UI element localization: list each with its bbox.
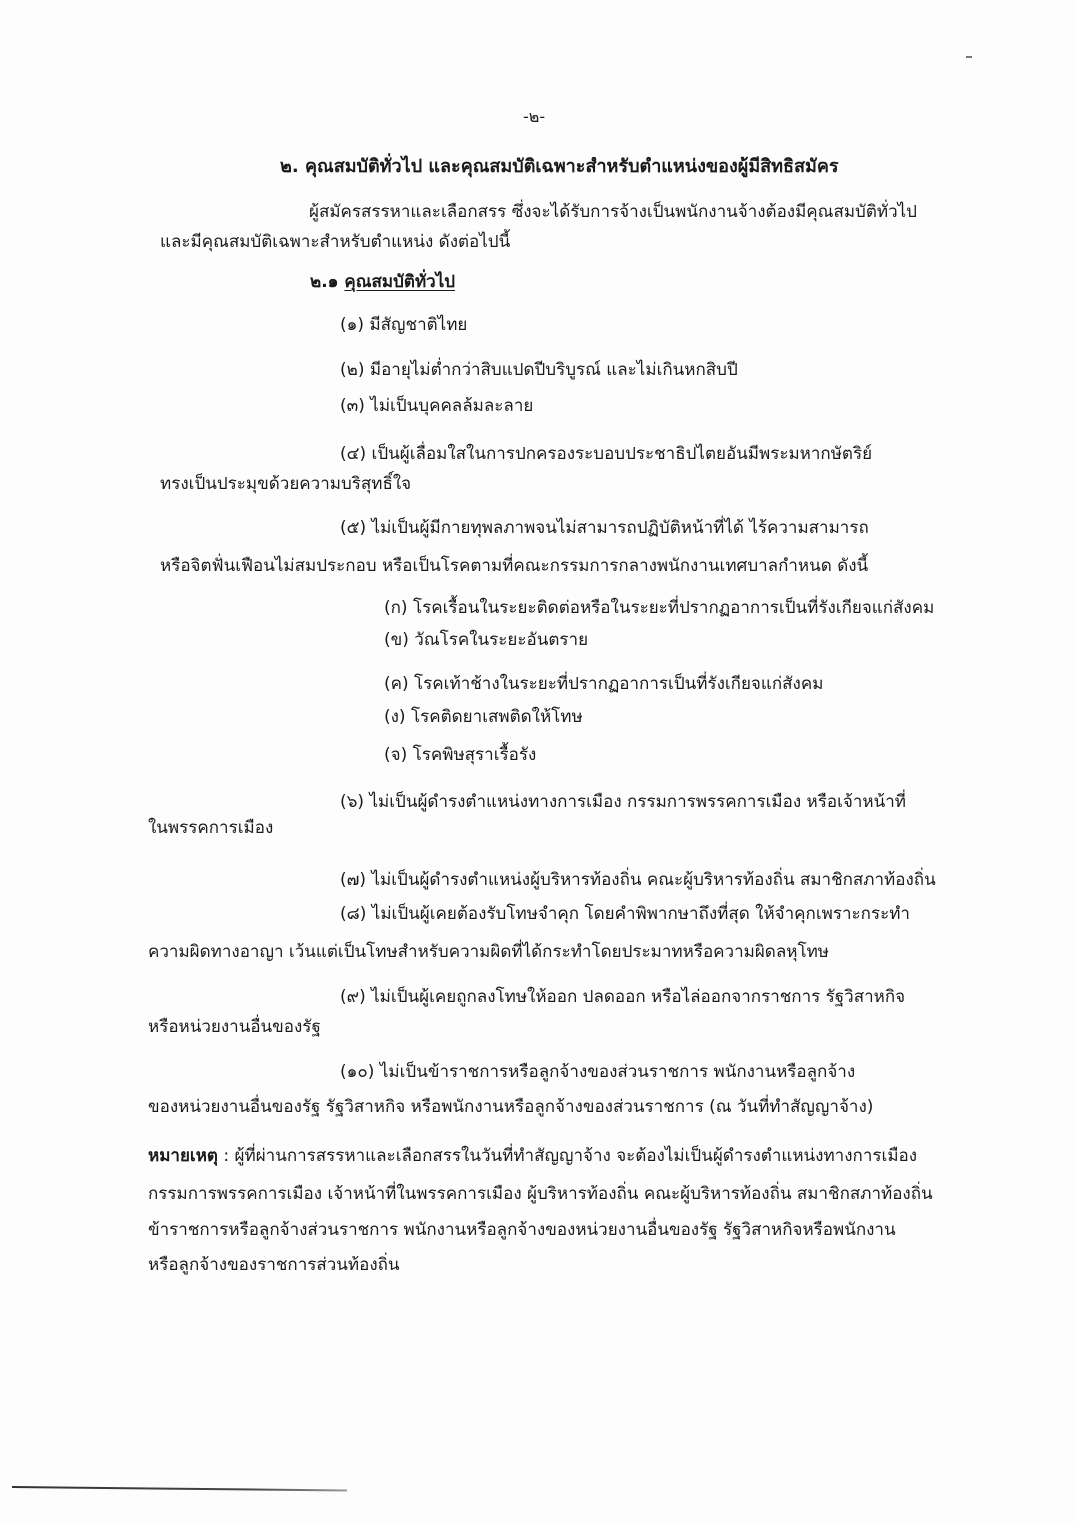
- item-text: ไม่เป็นผู้มีกายทุพลภาพจนไม่สามารถปฏิบัติ…: [372, 518, 869, 538]
- subsection-heading: ๒.๑ คุณสมบัติทั่วไป: [310, 270, 455, 294]
- item-label: (๓): [340, 396, 365, 416]
- sub-item: (ก) โรคเรื้อนในระยะติดต่อหรือในระยะที่ปร…: [384, 596, 934, 620]
- item-label: (๗): [340, 870, 366, 890]
- intro-line-1: ผู้สมัครสรรหาและเลือกสรร ซึ่งจะได้รับการ…: [309, 200, 917, 224]
- item-label: (๘): [340, 904, 366, 924]
- subsection-number: ๒.๑: [310, 272, 338, 292]
- page-number: -๒-: [523, 106, 545, 128]
- item-text: ไม่เป็นผู้เคยถูกลงโทษให้ออก ปลดออก หรือไ…: [371, 987, 905, 1007]
- note-line-1: หมายเหตุ : ผู้ที่ผ่านการสรรหาและเลือกสรร…: [148, 1144, 917, 1168]
- item-label: (๒): [340, 360, 364, 380]
- item-continuation: ความผิดทางอาญา เว้นแต่เป็นโทษสำหรับความผ…: [148, 940, 829, 964]
- note-line-3: ข้าราชการหรือลูกจ้างส่วนราชการ พนักงานหร…: [148, 1218, 896, 1242]
- item-text: ไม่เป็นข้าราชการหรือลูกจ้างของส่วนราชการ…: [380, 1062, 855, 1082]
- item-continuation: ของหน่วยงานอื่นของรัฐ รัฐวิสาหกิจ หรือพน…: [148, 1095, 873, 1119]
- list-item: (๗) ไม่เป็นผู้ดำรงตำแหน่งผู้บริหารท้องถิ…: [340, 868, 936, 892]
- list-item: (๙) ไม่เป็นผู้เคยถูกลงโทษให้ออก ปลดออก ห…: [340, 985, 905, 1009]
- item-label: (๖): [340, 792, 364, 812]
- note-label: หมายเหตุ: [148, 1146, 218, 1166]
- item-label: (๑๐): [340, 1062, 374, 1082]
- list-item: (๑) มีสัญชาติไทย: [340, 313, 467, 337]
- list-item: (๓) ไม่เป็นบุคคลล้มละลาย: [340, 394, 533, 418]
- item-label: (๙): [340, 987, 366, 1007]
- note-text: ผู้ที่ผ่านการสรรหาและเลือกสรรในวันที่ทำส…: [235, 1146, 918, 1166]
- intro-line-2: และมีคุณสมบัติเฉพาะสำหรับตำแหน่ง ดังต่อไ…: [160, 230, 510, 254]
- document-page: -๒- ๒. คุณสมบัติทั่วไป และคุณสมบัติเฉพาะ…: [0, 0, 1076, 1524]
- list-item: (๔) เป็นผู้เลื่อมใสในการปกครองระบอบประชา…: [340, 442, 872, 466]
- sub-item: (ง) โรคติดยาเสพติดให้โทษ: [384, 705, 583, 729]
- subsection-title: คุณสมบัติทั่วไป: [344, 272, 455, 292]
- item-text: ไม่เป็นผู้ดำรงตำแหน่งทางการเมือง กรรมการ…: [369, 792, 906, 812]
- scan-mark: [966, 56, 972, 58]
- item-continuation: ในพรรคการเมือง: [148, 816, 273, 840]
- item-text: ไม่เป็นผู้ดำรงตำแหน่งผู้บริหารท้องถิ่น ค…: [371, 870, 935, 890]
- item-text: ไม่เป็นผู้เคยต้องรับโทษจำคุก โดยคำพิพากษ…: [372, 904, 910, 924]
- item-label: (๔): [340, 444, 366, 464]
- item-label: (๑): [340, 315, 364, 335]
- sub-item: (ค) โรคเท้าช้างในระยะที่ปรากฏอาการเป็นที…: [384, 672, 823, 696]
- sub-item: (ข) วัณโรคในระยะอันตราย: [384, 628, 588, 652]
- sub-item: (จ) โรคพิษสุราเรื้อรัง: [384, 743, 536, 767]
- item-text: มีอายุไม่ต่ำกว่าสิบแปดปีบริบูรณ์ และไม่เ…: [370, 360, 738, 380]
- list-item: (๑๐) ไม่เป็นข้าราชการหรือลูกจ้างของส่วนร…: [340, 1060, 855, 1084]
- item-text: เป็นผู้เลื่อมใสในการปกครองระบอบประชาธิปไ…: [372, 444, 873, 464]
- item-continuation: หรือจิตฟั่นเฟือนไม่สมประกอบ หรือเป็นโรคต…: [160, 554, 868, 578]
- note-separator: :: [218, 1146, 235, 1166]
- section-heading: ๒. คุณสมบัติทั่วไป และคุณสมบัติเฉพาะสำหร…: [280, 155, 839, 179]
- item-continuation: ทรงเป็นประมุขด้วยความบริสุทธิ์ใจ: [160, 472, 411, 496]
- footer-rule: [12, 1486, 347, 1492]
- item-text: ไม่เป็นบุคคลล้มละลาย: [370, 396, 533, 416]
- list-item: (๖) ไม่เป็นผู้ดำรงตำแหน่งทางการเมือง กรร…: [340, 790, 906, 814]
- list-item: (๘) ไม่เป็นผู้เคยต้องรับโทษจำคุก โดยคำพิ…: [340, 902, 910, 926]
- item-continuation: หรือหน่วยงานอื่นของรัฐ: [148, 1015, 321, 1039]
- note-line-4: หรือลูกจ้างของราชการส่วนท้องถิ่น: [148, 1253, 400, 1277]
- list-item: (๕) ไม่เป็นผู้มีกายทุพลภาพจนไม่สามารถปฏิ…: [340, 516, 869, 540]
- list-item: (๒) มีอายุไม่ต่ำกว่าสิบแปดปีบริบูรณ์ และ…: [340, 358, 738, 382]
- item-label: (๕): [340, 518, 366, 538]
- item-text: มีสัญชาติไทย: [369, 315, 467, 335]
- note-line-2: กรรมการพรรคการเมือง เจ้าหน้าที่ในพรรคการ…: [148, 1182, 933, 1206]
